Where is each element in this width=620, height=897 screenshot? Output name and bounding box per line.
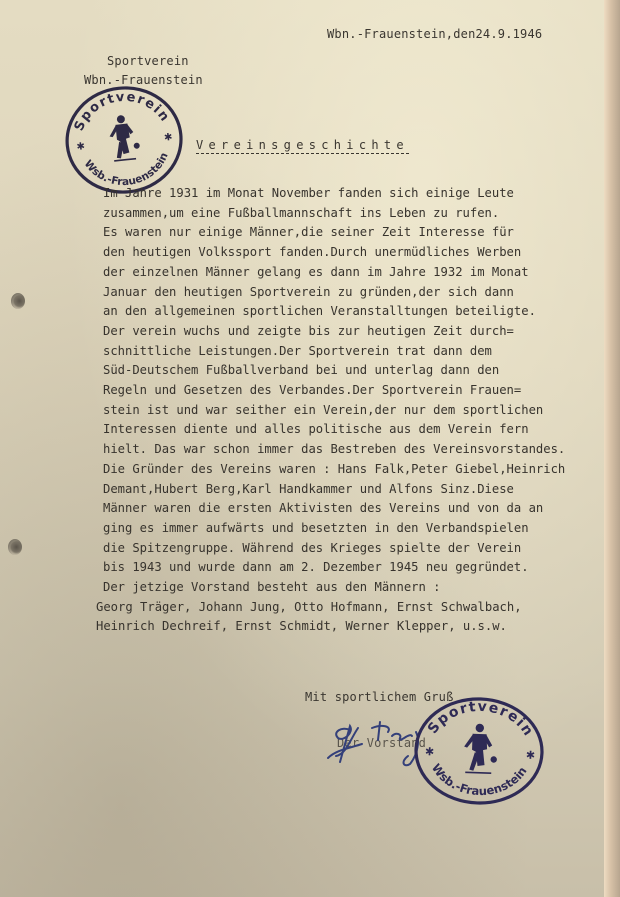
body-line: Demant,Hubert Berg,Karl Handkammer und A… [103, 480, 620, 500]
star-icon: ✱ [164, 132, 173, 144]
body-line: hielt. Das war schon immer das Bestreben… [103, 440, 620, 460]
svg-text:Sportverein: Sportverein [425, 697, 538, 740]
body-line: bis 1943 und wurde dann am 2. Dezember 1… [103, 558, 620, 578]
document-title: Vereinsgeschichte [196, 138, 409, 154]
club-stamp-bottom: Sportverein Wsb.-Frauenstein ✱ ✱ [410, 693, 549, 810]
body-line: zusammen,um eine Fußballmannschaft ins L… [103, 204, 620, 224]
star-icon: ✱ [76, 141, 85, 153]
body-line: Heinrich Dechreif, Ernst Schmidt, Werner… [96, 617, 620, 637]
punch-hole [11, 293, 25, 309]
body-line: den heutigen Volkssport fanden.Durch une… [103, 243, 620, 263]
body-line: Männer waren die ersten Aktivisten des V… [103, 499, 620, 519]
punch-hole [8, 539, 22, 555]
body-line: Es waren nur einige Männer,die seiner Ze… [103, 223, 620, 243]
sender-name: Sportverein [107, 54, 189, 68]
body-line: Die Gründer des Vereins waren : Hans Fal… [103, 460, 620, 480]
body-line: an den allgemeinen sportlichen Veranstal… [103, 302, 620, 322]
body-line: Regeln und Gesetzen des Verbandes.Der Sp… [103, 381, 620, 401]
body-line: schnittliche Leistungen.Der Sportverein … [103, 342, 620, 362]
body-line: der einzelnen Männer gelang es dann im J… [103, 263, 620, 283]
body-line: Süd-Deutschem Fußballverband bei und unt… [103, 361, 620, 381]
body-line: ging es immer aufwärts und besetzten in … [103, 519, 620, 539]
body-line: Der verein wuchs und zeigte bis zur heut… [103, 322, 620, 342]
place-date: Wbn.-Frauenstein,den24.9.1946 [327, 27, 542, 41]
stamp-top-text: Sportverein [425, 697, 538, 740]
star-icon: ✱ [425, 746, 435, 758]
star-icon: ✱ [526, 750, 536, 762]
football-player-icon [108, 114, 142, 162]
body-line: die Spitzengruppe. Während des Krieges s… [103, 539, 620, 559]
body-line: Georg Träger, Johann Jung, Otto Hofmann,… [96, 598, 620, 618]
document-body: Im Jahre 1931 im Monat November fanden s… [103, 184, 620, 637]
body-line: stein ist und war seither ein Verein,der… [103, 401, 620, 421]
body-line: Im Jahre 1931 im Monat November fanden s… [103, 184, 620, 204]
football-player-icon [463, 723, 498, 774]
body-line: Der jetzige Vorstand besteht aus den Män… [103, 578, 620, 598]
body-line: Interessen diente und alles politische a… [103, 420, 620, 440]
body-line: Januar den heutigen Sportverein zu gründ… [103, 283, 620, 303]
